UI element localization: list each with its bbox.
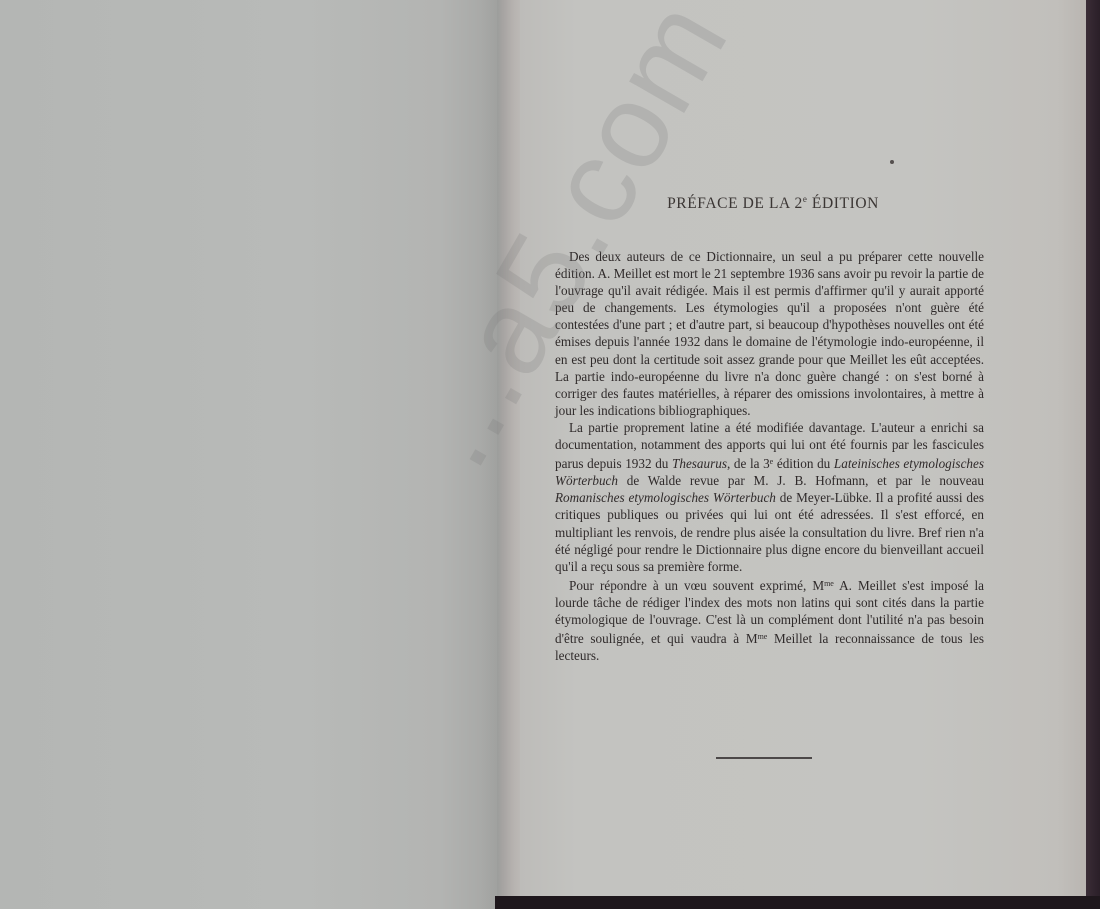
closing-rule <box>716 757 812 759</box>
title-prefix: PRÉFACE DE LA 2 <box>667 195 803 212</box>
superscript: me <box>824 579 834 588</box>
title-suffix: ÉDITION <box>807 195 879 212</box>
paper-speck <box>890 160 894 164</box>
preface-paragraph: Des deux auteurs de ce Dictionnaire, un … <box>555 248 984 419</box>
italic-title: Thesaurus <box>672 456 727 471</box>
superscript: me <box>758 632 768 641</box>
preface-body: Des deux auteurs de ce Dictionnaire, un … <box>555 248 984 664</box>
background-edge-bottom <box>495 896 1100 909</box>
text-run: de Walde revue par M. J. B. Hofmann, et … <box>618 473 984 488</box>
text-run: Des deux auteurs de ce Dictionnaire, un … <box>555 249 984 418</box>
page-title: PRÉFACE DE LA 2e ÉDITION <box>520 194 1026 213</box>
text-run: Pour répondre à un vœu souvent exprimé, … <box>569 578 824 593</box>
preface-paragraph: La partie proprement latine a été modifi… <box>555 419 984 575</box>
text-run: , de la 3 <box>727 456 770 471</box>
italic-title: Romanisches etymologisches Wörterbuch <box>555 490 776 505</box>
preface-paragraph: Pour répondre à un vœu souvent exprimé, … <box>555 575 984 664</box>
background-edge-right <box>1086 0 1100 909</box>
left-page-blank <box>0 0 500 909</box>
book-spread-photo: PRÉFACE DE LA 2e ÉDITION Des deux auteur… <box>0 0 1100 909</box>
text-run: édition du <box>773 456 834 471</box>
